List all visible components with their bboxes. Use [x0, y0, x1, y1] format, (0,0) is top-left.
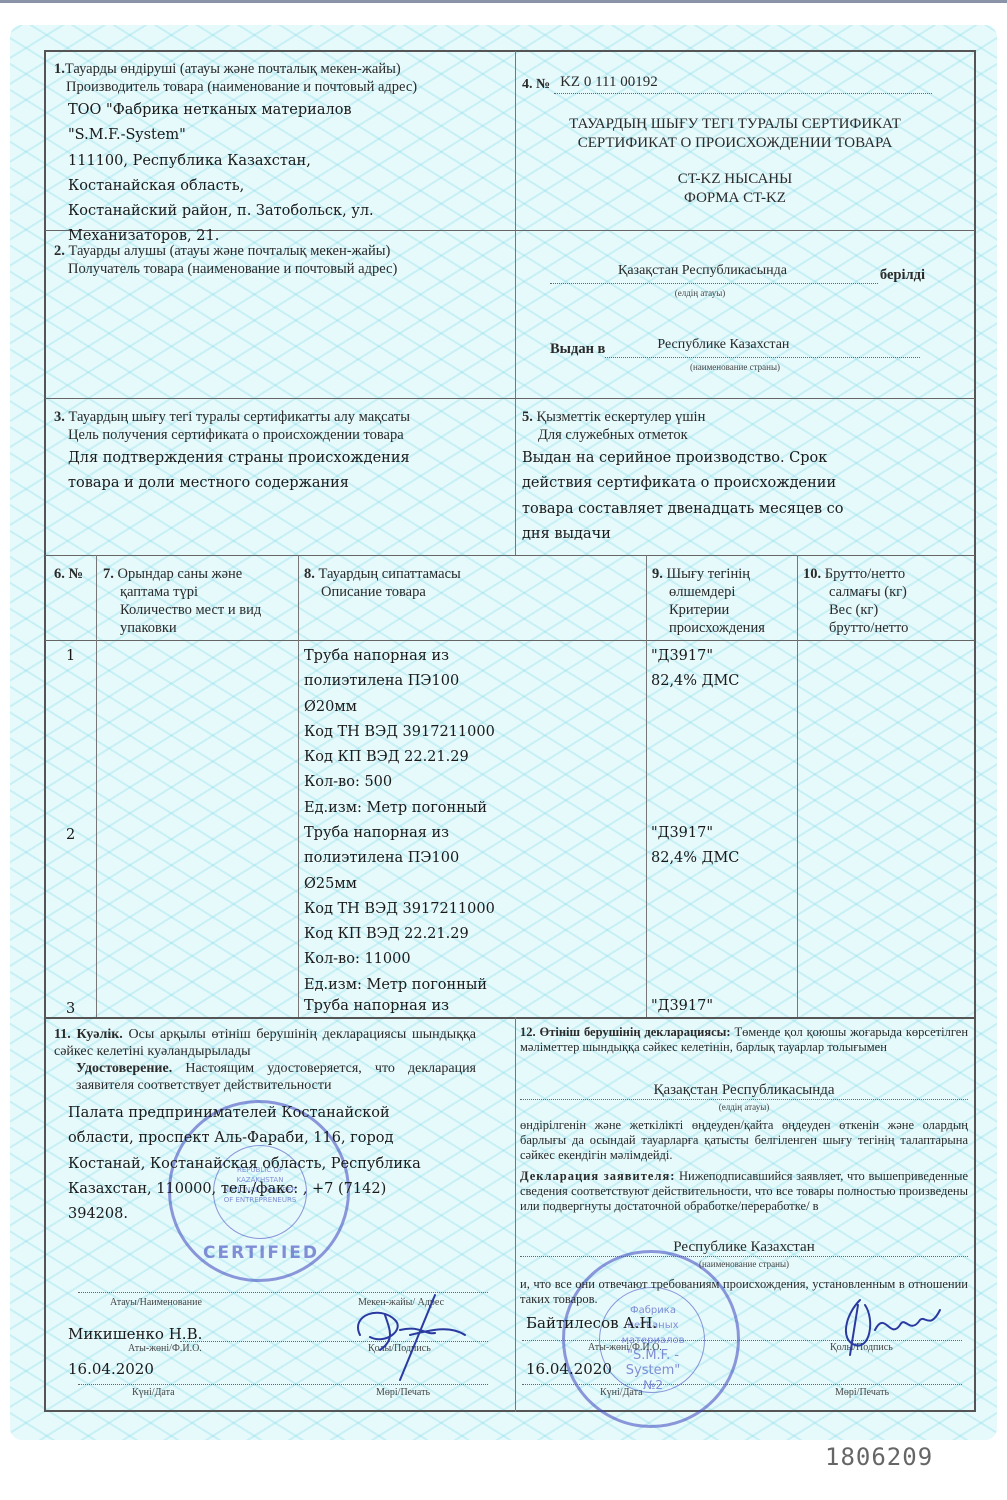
description-line: Код КП ВЭД 22.21.29 [304, 922, 639, 947]
description-line: Труба напорная из [304, 644, 639, 669]
row3-description: Труба напорная из [304, 994, 639, 1019]
box2-number: 2. [54, 243, 65, 259]
box1-label-kz: Тауарды өндіруші (атауы және почталық ме… [65, 61, 401, 77]
box12-declaration: 12. Өтініш берушінің декларациясы: Төмен… [520, 1025, 968, 1055]
header-c7-num: 7. [103, 566, 114, 582]
row1-criteria: "Д3917" 82,4% ДМС [651, 644, 791, 695]
box3-value-line: товара и доли местного содержания [68, 471, 509, 496]
divider [515, 51, 516, 555]
issued-in-ru: Выдан в Республике Казахстан (наименован… [550, 338, 920, 376]
box1-value-line: ТОО "Фабрика нетканых материалов [68, 98, 509, 123]
country-hint-ru: (наименование страны) [550, 358, 860, 376]
header-c9: 9. Шығу тегінің өлшемдері Критерии проис… [652, 565, 797, 637]
criteria-line: 82,4% ДМС [651, 846, 791, 871]
header-c6: 6. № [54, 565, 83, 583]
box5-value-line: товара составляет двенадцать месяцев со [522, 497, 967, 522]
box11-title-kz: Куәлік. [76, 1027, 122, 1042]
header-c7: 7. Орындар саны және қаптама түрі Количе… [103, 565, 293, 637]
country-line [520, 1099, 968, 1100]
divider [45, 398, 975, 399]
header-c7-line: Орындар саны және [118, 566, 243, 582]
box2-label-ru: Получатель товара (наименование и почтов… [54, 260, 509, 278]
divider [45, 640, 975, 641]
issued-in-kz: Қазақстан Республикасында берілді (елдің… [550, 264, 925, 302]
header-c10-line: брутто/нетто [803, 619, 968, 637]
organization-line: Палата предпринимателей Костанайской [68, 1101, 508, 1126]
caption-fio: Аты-жөні/Ф.И.О. [128, 1343, 202, 1354]
box5-official-notes: 5. Қызметтік ескертулер үшін Для служебн… [522, 408, 967, 547]
description-line: Кол-во: 11000 [304, 947, 639, 972]
header-c10-num: 10. [803, 566, 821, 582]
divider [646, 555, 647, 1017]
organization-line: Костанай, Костанайская область, Республи… [68, 1152, 508, 1177]
box11-number: 11. [54, 1027, 71, 1042]
box5-value-line: действия сертификата о происхождении [522, 471, 967, 496]
header-c7-line: упаковки [103, 619, 293, 637]
criteria-line: "Д3917" [651, 644, 791, 669]
caption-date: Күні/Дата [132, 1387, 175, 1398]
form-ru: ФОРМА CT-KZ [520, 189, 950, 208]
box12-country-kz: Қазақстан Республикасында [520, 1081, 968, 1099]
box5-value-line: Выдан на серийное производство. Срок [522, 446, 967, 471]
header-c10: 10. Брутто/нетто салмағы (кг) Вес (кг) б… [803, 565, 968, 637]
box2-consignee: 2. Тауарды алушы (атауы және почталық ме… [54, 242, 509, 278]
row2-criteria: "Д3917" 82,4% ДМС [651, 821, 791, 872]
header-c9-line: происхождения [652, 619, 797, 637]
row1-no: 1 [66, 647, 75, 665]
header-c8: 8. Тауардың сипаттамасы Описание товара [304, 565, 639, 601]
box1-value-line: "S.M.F.-System" [68, 123, 509, 148]
issued-suffix-kz: берілді [880, 266, 925, 284]
caption-name: Атауы/Наименование [110, 1297, 202, 1308]
description-line: Труба напорная из [304, 821, 639, 846]
box11-organization: Палата предпринимателей Костанайской обл… [68, 1101, 508, 1227]
box3-value-line: Для подтверждения страны происхождения [68, 446, 509, 471]
description-line: полиэтилена ПЭ100 [304, 846, 639, 871]
box1-exporter: 1.Тауарды өндіруші (атауы және почталық … [54, 60, 509, 250]
box3-label-kz: Тауардың шығу тегі туралы сертификатты а… [69, 409, 410, 425]
header-c9-line: өлшемдері [652, 583, 797, 601]
description-line: Код ТН ВЭД 3917211000 [304, 720, 639, 745]
box12-title-kz: Өтініш берушінің декларациясы: [540, 1025, 731, 1039]
box5-value-line: дня выдачи [522, 522, 967, 547]
box12-number: 12. [520, 1025, 536, 1039]
box12-country-hint-kz: (елдің атауы) [520, 1102, 968, 1112]
certificate-title: ТАУАРДЫҢ ШЫҒУ ТЕГІ ТУРАЛЫ СЕРТИФИКАТ СЕР… [520, 115, 950, 208]
box11-date: 16.04.2020 [68, 1360, 154, 1378]
title-kz: ТАУАРДЫҢ ШЫҒУ ТЕГІ ТУРАЛЫ СЕРТИФИКАТ [520, 115, 950, 134]
country-line [520, 1256, 968, 1257]
box2-label-kz: Тауарды алушы (атауы және почталық мекен… [69, 243, 391, 259]
title-ru: СЕРТИФИКАТ О ПРОИСХОЖДЕНИИ ТОВАРА [520, 134, 950, 153]
box1-number: 1. [54, 61, 65, 77]
row1-description: Труба напорная из полиэтилена ПЭ100 Ø20м… [304, 644, 639, 821]
divider [515, 1017, 516, 1412]
box12-text-kz-2: өндірілгенін және жеткілікті өңдеуден/қа… [520, 1118, 968, 1163]
header-c9-line: Критерии [652, 601, 797, 619]
box12-title-ru: Декларация заявителя: [520, 1169, 675, 1183]
organization-line: области, проспект Аль-Фараби, 116, город [68, 1126, 508, 1151]
box1-value-line: Костанайская область, [68, 174, 509, 199]
organization-line: 394208. [68, 1202, 508, 1227]
issued-country-ru: Республике Казахстан [657, 336, 789, 354]
description-line: полиэтилена ПЭ100 [304, 669, 639, 694]
signature-baitilesov-icon [830, 1290, 950, 1360]
box5-label-kz: Қызметтік ескертулер үшін [537, 409, 706, 425]
date-line [522, 1384, 962, 1385]
box1-label-ru: Производитель товара (наименование и поч… [54, 78, 509, 96]
caption-seal: Мөрі/Печать [835, 1387, 889, 1398]
box11-certification: 11. Куәлік. Осы арқылы өтініш берушінің … [54, 1026, 476, 1094]
header-c7-line: Количество мест и вид [103, 601, 293, 619]
header-c8-num: 8. [304, 566, 315, 582]
scan-top-edge [0, 0, 1007, 3]
caption-date: Күні/Дата [600, 1387, 643, 1398]
criteria-line: "Д3917" [651, 821, 791, 846]
country-hint-kz: (елдің атауы) [550, 284, 850, 302]
issued-country-kz: Қазақстан Республикасында [618, 262, 787, 280]
box1-value-line: 111100, Республика Казахстан, [68, 149, 509, 174]
box12-date: 16.04.2020 [526, 1360, 612, 1378]
row2-no: 2 [66, 826, 75, 844]
description-line: Ø25мм [304, 872, 639, 897]
description-line: Код КП ВЭД 22.21.29 [304, 745, 639, 770]
description-line: Код ТН ВЭД 3917211000 [304, 897, 639, 922]
box5-number: 5. [522, 409, 533, 425]
certificate-number: KZ 0 111 00192 [560, 73, 658, 91]
box4-certificate-number: 4. № KZ 0 111 00192 [522, 76, 932, 94]
header-c7-line: қаптама түрі [103, 583, 293, 601]
box12-country-ru: Республике Казахстан [520, 1238, 968, 1256]
divider [797, 555, 798, 1017]
serial-number: 1806209 [825, 1443, 933, 1471]
box12-declaration-ru: Декларация заявителя: Нижеподписавшийся … [520, 1169, 968, 1214]
row3-no: 3 [66, 1000, 75, 1018]
divider [45, 555, 975, 556]
header-c9-line: Шығу тегінің [667, 566, 751, 582]
header-c9-num: 9. [652, 566, 663, 582]
box3-label-ru: Цель получения сертификата о происхожден… [54, 426, 509, 444]
form-kz: CT-KZ НЫСАНЫ [520, 170, 950, 189]
box11-title-ru: Удостоверение. [76, 1061, 172, 1076]
divider [96, 555, 97, 1017]
criteria-line: 82,4% ДМС [651, 669, 791, 694]
organization-line: Казахстан, 110000, тел./факс: , +7 (7142… [68, 1177, 508, 1202]
box12-country-hint-ru: (наименование страны) [520, 1259, 968, 1269]
box4-label: 4. № [522, 76, 550, 94]
caption-seal: Мөрі/Печать [376, 1387, 430, 1398]
divider [298, 555, 299, 1017]
description-line: Ед.изм: Метр погонный [304, 796, 639, 821]
box3-purpose: 3. Тауардың шығу тегі туралы сертификатт… [54, 408, 509, 497]
description-line: Труба напорная из [304, 994, 639, 1019]
header-c10-line: салмағы (кг) [803, 583, 968, 601]
box1-value-line: Костанайский район, п. Затобольск, ул. [68, 199, 509, 224]
signature-mikishenko-icon [340, 1275, 470, 1385]
issued-prefix-ru: Выдан в [550, 340, 605, 358]
header-c8-line: Тауардың сипаттамасы [319, 566, 461, 582]
header-c8-line: Описание товара [304, 583, 639, 601]
description-line: Кол-во: 500 [304, 770, 639, 795]
caption-fio: Аты-жөні/Ф.И.О. [588, 1342, 662, 1353]
header-c10-line: Брутто/нетто [825, 566, 905, 582]
row2-description: Труба напорная из полиэтилена ПЭ100 Ø25м… [304, 821, 639, 998]
box5-label-ru: Для служебных отметок [522, 426, 967, 444]
row3-criteria: "Д3917" [651, 994, 791, 1019]
criteria-line: "Д3917" [651, 994, 791, 1019]
box12-signer-name: Байтилесов А.Н. [526, 1314, 657, 1332]
box3-number: 3. [54, 409, 65, 425]
header-c10-line: Вес (кг) [803, 601, 968, 619]
description-line: Ø20мм [304, 695, 639, 720]
stamp-certified-text: CERTIFIED [201, 1243, 321, 1263]
